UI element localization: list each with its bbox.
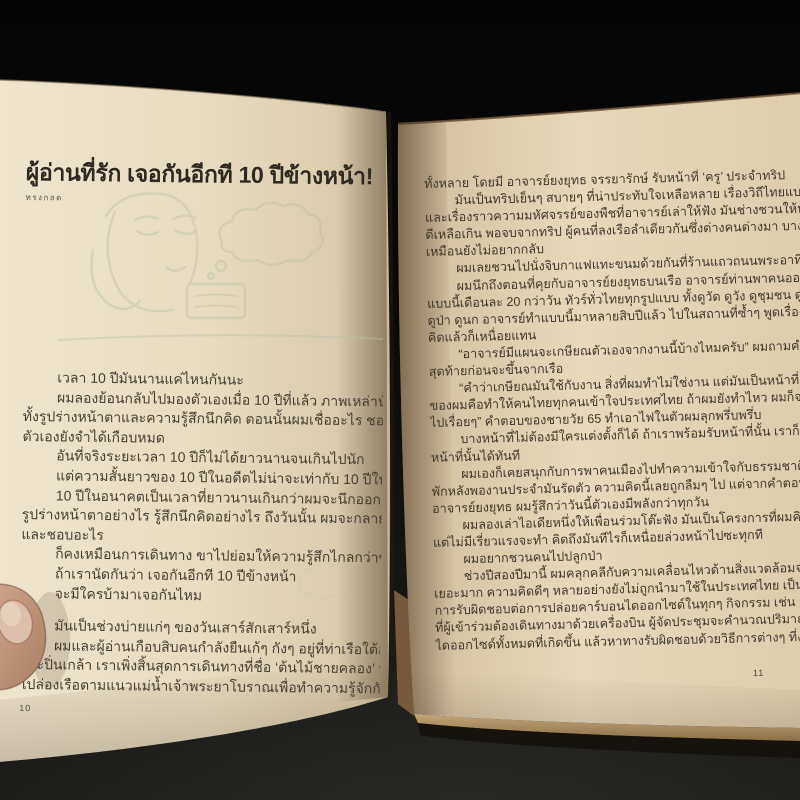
hand-graphic — [0, 0, 800, 800]
photo-of-open-book: ผู้อ่านที่รัก เจอกันอีกที 10 ปีข้างหน้า!… — [0, 0, 800, 800]
